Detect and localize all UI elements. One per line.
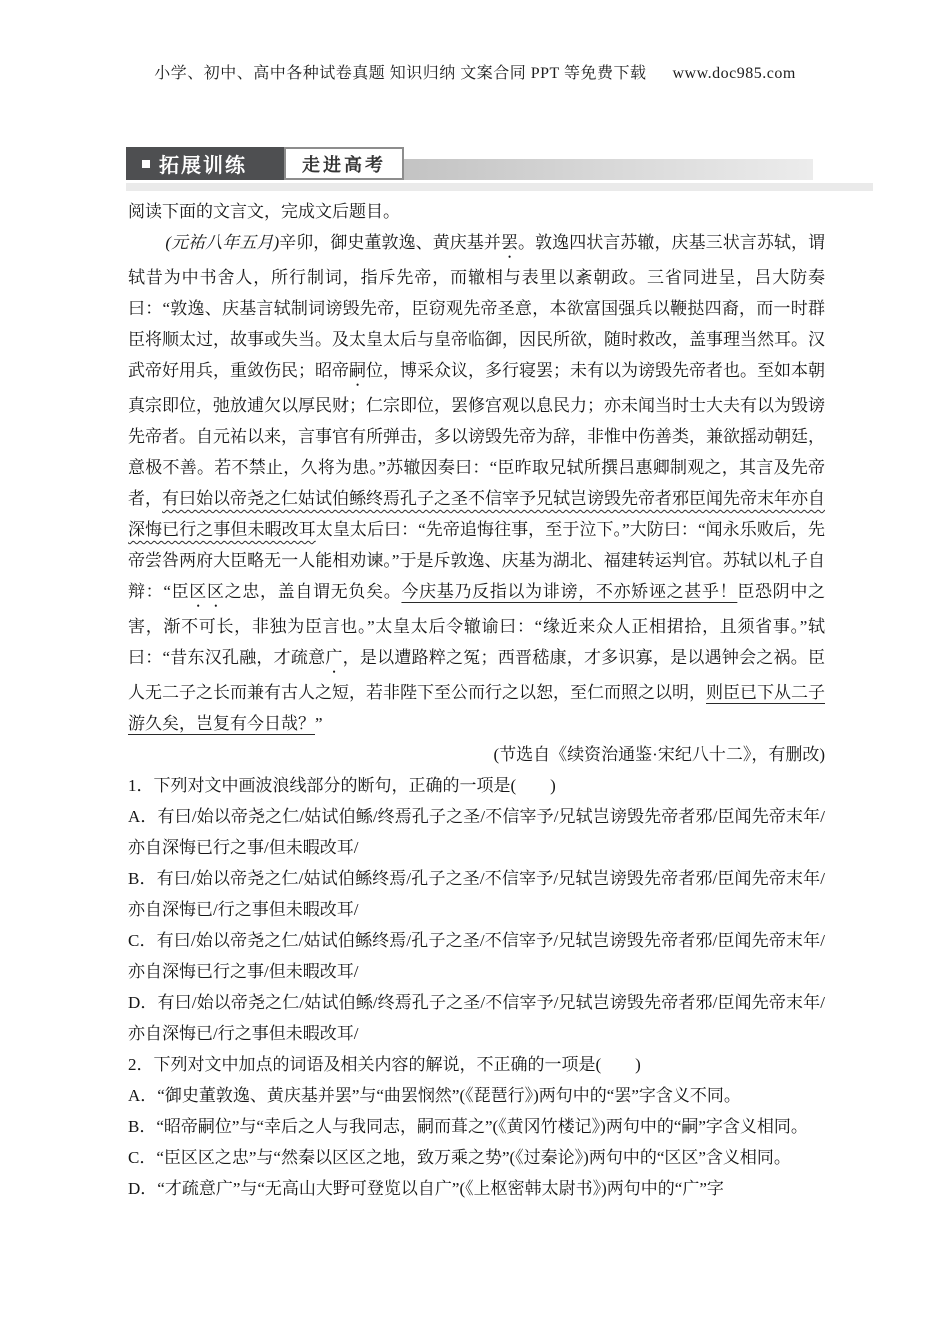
- section-title: 拓展训练: [159, 149, 247, 178]
- passage-segment-underline: 今庆基乃反指以为诽谤，不亦矫诬之甚乎！: [401, 582, 737, 601]
- passage-intro: 阅读下面的文言文，完成文后题目。: [128, 196, 825, 227]
- option-label: A．: [128, 1086, 157, 1105]
- passage-segment: 位，博采众议，多行寝罢；未有以为谤毁先帝者也。至如本朝真宗即位，弛放逋欠以厚民财…: [128, 361, 825, 508]
- question-1-option-d: D．有曰/始以帝尧之仁/姑试伯鲧/终焉孔子之圣/不信宰予/兄轼岂谤毁先帝者邪/臣…: [128, 987, 825, 1049]
- passage-segment-emphasis: 嗣: [349, 361, 366, 380]
- exam-content: 阅读下面的文言文，完成文后题目。 (元祐八年五月)辛卯，御史董敦逸、黄庆基并罢。…: [128, 196, 825, 1204]
- option-text: “御史董敦逸、黄庆基并罢”与“曲罢悯然”(《琵琶行》)两句中的“罢”字含义不同。: [157, 1086, 741, 1105]
- passage-segment-emphasis: 区: [189, 582, 207, 601]
- question-1-option-b: B．有曰/始以帝尧之仁/姑试伯鲧终焉/孔子之圣/不信宰予/兄轼岂谤毁先帝者邪/臣…: [128, 863, 825, 925]
- option-text: 有曰/始以帝尧之仁/姑试伯鲧终焉/孔子之圣/不信宰予/兄轼岂谤毁先帝者邪/臣闻先…: [128, 931, 825, 981]
- passage-segment: 。敦逸四状言苏辙，庆基三状言苏轼，谓轼昔为中书舍人，所行制词，指斥先帝，而辙相与…: [128, 233, 825, 380]
- passage-segment-emphasis: 区: [207, 582, 225, 601]
- passage-segment: ”: [315, 714, 323, 733]
- section-banner: 拓展训练 走进高考: [126, 147, 873, 191]
- question-1-option-a: A．有曰/始以帝尧之仁/姑试伯鲧/终焉孔子之圣/不信宰予/兄轼岂谤毁先帝者邪/臣…: [128, 801, 825, 863]
- question-1-stem: 1．下列对文中画波浪线部分的断句，正确的一项是( ): [128, 770, 825, 801]
- square-bullet-icon: [142, 160, 150, 168]
- option-label: A．: [128, 807, 158, 826]
- banner-bottom-strip: [126, 183, 873, 191]
- option-text: “昭帝嗣位”与“幸后之人与我同志，嗣而葺之”(《黄冈竹楼记》)两句中的“嗣”字含…: [156, 1117, 808, 1136]
- passage-segment: 辛卯，御史董敦逸、黄庆基并: [279, 233, 501, 252]
- option-label: B．: [128, 1117, 156, 1136]
- option-label: B．: [128, 869, 157, 888]
- question-2-stem: 2．下列对文中加点的词语及相关内容的解说，不正确的一项是( ): [128, 1049, 825, 1080]
- header-promo-text: 小学、初中、高中各种试卷真题 知识归纳 文案合同 PPT 等免费下载: [154, 65, 646, 82]
- classical-passage: (元祐八年五月)辛卯，御史董敦逸、黄庆基并罢。敦逸四状言苏辙，庆基三状言苏轼，谓…: [128, 227, 825, 739]
- banner-gradient-bar: [404, 159, 813, 180]
- option-text: 有曰/始以帝尧之仁/姑试伯鲧/终焉孔子之圣/不信宰予/兄轼岂谤毁先帝者邪/臣闻先…: [128, 993, 825, 1043]
- question-2-option-d: D．“才疏意广”与“无高山大野可登览以自广”(《上枢密韩太尉书》)两句中的“广”…: [128, 1173, 825, 1204]
- scanned-exam-page: 小学、初中、高中各种试卷真题 知识归纳 文案合同 PPT 等免费下载www.do…: [0, 0, 950, 1344]
- question-1-option-c: C．有曰/始以帝尧之仁/姑试伯鲧终焉/孔子之圣/不信宰予/兄轼岂谤毁先帝者邪/臣…: [128, 925, 825, 987]
- passage-segment: (元祐八年五月): [165, 233, 279, 252]
- option-text: “臣区区之忠”与“然秦以区区之地，致万乘之势”(《过秦论》)两句中的“区区”含义…: [156, 1148, 791, 1167]
- site-header: 小学、初中、高中各种试卷真题 知识归纳 文案合同 PPT 等免费下载www.do…: [0, 60, 950, 83]
- passage-source: (节选自《续资治通鉴·宋纪八十二》，有删改): [128, 739, 825, 770]
- question-2-option-b: B．“昭帝嗣位”与“幸后之人与我同志，嗣而葺之”(《黄冈竹楼记》)两句中的“嗣”…: [128, 1111, 825, 1142]
- question-2-option-c: C．“臣区区之忠”与“然秦以区区之地，致万乘之势”(《过秦论》)两句中的“区区”…: [128, 1142, 825, 1173]
- option-text: 有曰/始以帝尧之仁/姑试伯鲧终焉/孔子之圣/不信宰予/兄轼岂谤毁先帝者邪/臣闻先…: [128, 869, 825, 919]
- passage-segment-emphasis: 罢: [501, 233, 518, 252]
- section-title-box: 拓展训练: [126, 147, 284, 180]
- site-url: www.doc985.com: [673, 65, 796, 82]
- passage-segment: 之忠，盖自谓无负矣。: [225, 582, 402, 601]
- option-label: C．: [128, 931, 157, 950]
- section-banner-row: 拓展训练 走进高考: [126, 147, 873, 180]
- passage-segment-emphasis: 广: [325, 648, 342, 667]
- option-text: 有曰/始以帝尧之仁/姑试伯鲧/终焉孔子之圣/不信宰予/兄轼岂谤毁先帝者邪/臣闻先…: [128, 807, 825, 857]
- section-subtitle-box: 走进高考: [284, 147, 404, 180]
- option-label: D．: [128, 1179, 157, 1198]
- option-text: “才疏意广”与“无高山大野可登览以自广”(《上枢密韩太尉书》)两句中的“广”字: [157, 1179, 724, 1198]
- section-subtitle: 走进高考: [302, 151, 386, 177]
- option-label: C．: [128, 1148, 156, 1167]
- option-label: D．: [128, 993, 158, 1012]
- question-2-option-a: A．“御史董敦逸、黄庆基并罢”与“曲罢悯然”(《琵琶行》)两句中的“罢”字含义不…: [128, 1080, 825, 1111]
